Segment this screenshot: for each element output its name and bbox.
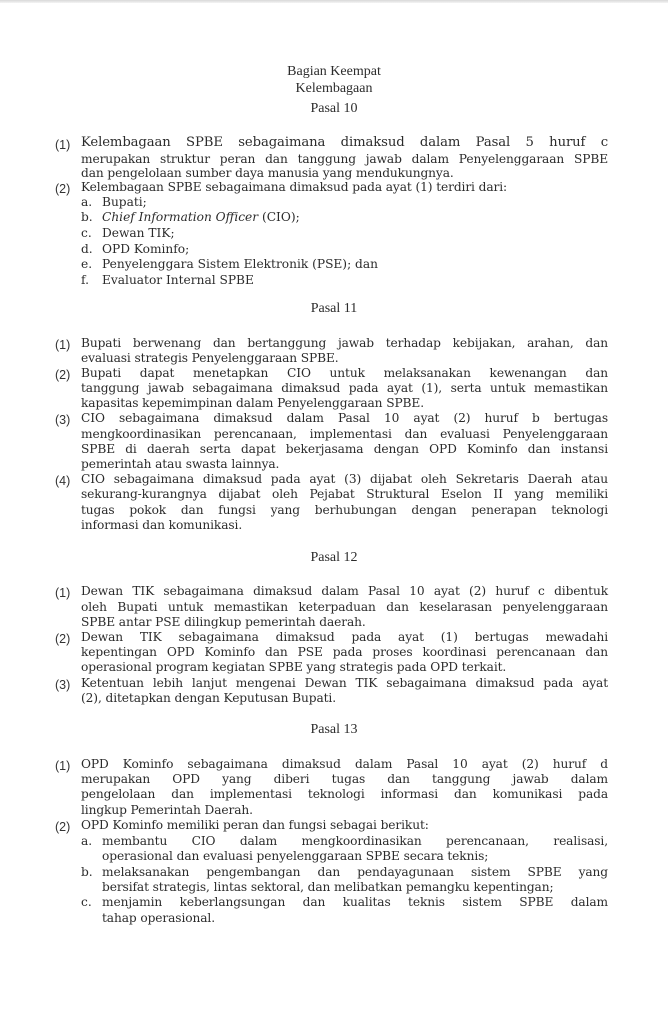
list-item-line: bersifat strategis, lintas sektoral, dan… (102, 880, 608, 894)
list-letter: a. (81, 834, 92, 848)
paragraph-line: CIO sebagaimana dimaksud pada ayat (3) d… (81, 472, 608, 486)
part-title: Bagian Keempat (0, 64, 668, 80)
paragraph-line: sekurang-kurangnya dijabat oleh Pejabat … (81, 487, 608, 501)
list-item: Dewan TIK; (102, 226, 175, 240)
paragraph-line: Dewan TIK sebagaimana dimaksud dalam Pas… (81, 584, 608, 598)
paragraph-number: (1) (55, 759, 70, 773)
list-item-line: tahap operasional. (102, 911, 608, 925)
paragraph-line: tanggung jawab sebagaimana dimaksud pada… (81, 381, 608, 395)
paragraph-line: lingkup Pemerintah Daerah. (81, 803, 608, 817)
list-letter: f. (81, 273, 89, 287)
list-item-line: membantu CIO dalam mengkoordinasikan per… (102, 834, 608, 848)
paragraph-line: evaluasi strategis Penyelenggaraan SPBE. (81, 351, 608, 365)
paragraph-number: (2) (55, 820, 70, 834)
paragraph-line: Bupati dapat menetapkan CIO untuk melaks… (81, 366, 608, 380)
section-title-pasal-11: Pasal 11 (0, 301, 668, 317)
list-letter: c. (81, 895, 92, 909)
list-item: Chief Information Officer (CIO); (102, 210, 300, 224)
paragraph-line: Bupati berwenang dan bertanggung jawab t… (81, 336, 608, 350)
list-letter: b. (81, 210, 93, 224)
paragraph-line: dan pengelolaan sumber daya manusia yang… (81, 166, 608, 180)
paragraph-line: OPD Kominfo sebagaimana dimaksud dalam P… (81, 757, 608, 771)
paragraph-line: SPBE antar PSE dilingkup pemerintah daer… (81, 615, 608, 629)
paragraph-line: Ketentuan lebih lanjut mengenai Dewan TI… (81, 676, 608, 690)
paragraph-line: CIO sebagaimana dimaksud dalam Pasal 10 … (81, 411, 608, 425)
list-item: Evaluator Internal SPBE (102, 273, 254, 287)
paragraph-line: oleh Bupati untuk memastikan keterpaduan… (81, 600, 608, 614)
paragraph-number: (4) (55, 474, 70, 488)
list-item: OPD Kominfo; (102, 242, 189, 256)
section-title-pasal-12: Pasal 12 (0, 550, 668, 566)
list-letter: a. (81, 195, 92, 209)
part-subtitle: Kelembagaan (0, 81, 668, 97)
paragraph-line: kepentingan OPD Kominfo dan PSE pada pro… (81, 645, 608, 659)
paragraph-number: (3) (55, 413, 70, 427)
paragraph-number: (2) (55, 632, 70, 646)
paragraph-line: pengelolaan dan implementasi teknologi i… (81, 787, 608, 801)
list-letter: b. (81, 865, 93, 879)
paragraph-number: (2) (55, 182, 70, 196)
paragraph-line: operasional program kegiatan SPBE yang s… (81, 660, 608, 674)
paragraph-number: (2) (55, 368, 70, 382)
paragraph-line: pemerintah atau swasta lainnya. (81, 457, 608, 471)
list-letter: d. (81, 242, 93, 256)
list-letter: c. (81, 226, 92, 240)
paragraph-line: merupakan struktur peran dan tanggung ja… (81, 152, 608, 166)
paragraph-line: SPBE di daerah serta dapat bekerjasama d… (81, 442, 608, 456)
section-title-pasal-13: Pasal 13 (0, 722, 668, 738)
list-item-line: menjamin keberlangsungan dan kualitas te… (102, 895, 608, 909)
section-title-pasal-10: Pasal 10 (0, 101, 668, 117)
paragraph-line: tugas pokok dan fungsi yang berhubungan … (81, 503, 608, 517)
paragraph-number: (3) (55, 678, 70, 692)
list-item: Penyelenggara Sistem Elektronik (PSE); d… (102, 257, 378, 271)
paragraph-line: (2), ditetapkan dengan Keputusan Bupati. (81, 691, 608, 705)
paragraph-line: OPD Kominfo memiliki peran dan fungsi se… (81, 818, 608, 832)
paragraph-line: kapasitas kepemimpinan dalam Penyelengga… (81, 396, 608, 410)
italic-term: Chief Information Officer (102, 210, 258, 224)
paragraph-line: merupakan OPD yang diberi tugas dan tang… (81, 772, 608, 786)
paragraph-line: informasi dan komunikasi. (81, 518, 608, 532)
paragraph-number: (1) (55, 338, 70, 352)
scan-edge (0, 0, 668, 3)
list-item: Bupati; (102, 195, 147, 209)
list-item-line: operasional dan evaluasi penyelenggaraan… (102, 849, 608, 863)
paragraph-line: mengkoordinasikan perencanaan, implement… (81, 427, 608, 441)
paragraph-number: (1) (55, 586, 70, 600)
list-item-suffix: (CIO); (258, 210, 300, 224)
paragraph-number: (1) (55, 138, 70, 152)
list-letter: e. (81, 257, 92, 271)
paragraph-line: Kelembagaan SPBE sebagaimana dimaksud pa… (81, 180, 608, 194)
paragraph-line: Dewan TIK sebagaimana dimaksud pada ayat… (81, 630, 608, 644)
paragraph-line: Kelembagaan SPBE sebagaimana dimaksud da… (81, 136, 608, 150)
list-item-line: melaksanakan pengembangan dan pendayagun… (102, 865, 608, 879)
